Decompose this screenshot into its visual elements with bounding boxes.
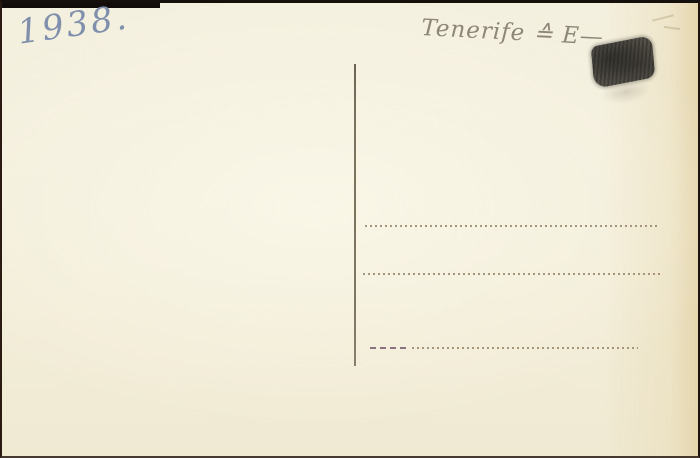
center-divider-line [354,64,356,366]
address-line-3-dash-start [370,347,406,349]
postcard-scan: 1938. Tenerife ≙ E— [0,0,700,458]
address-line-1 [365,225,659,227]
address-line-3 [412,347,638,349]
postcard-back-paper: 1938. Tenerife ≙ E— [0,0,700,458]
faint-corner-marks [650,13,690,35]
destination-annotation: Tenerife ≙ E— [421,15,605,51]
address-line-2 [363,273,661,275]
